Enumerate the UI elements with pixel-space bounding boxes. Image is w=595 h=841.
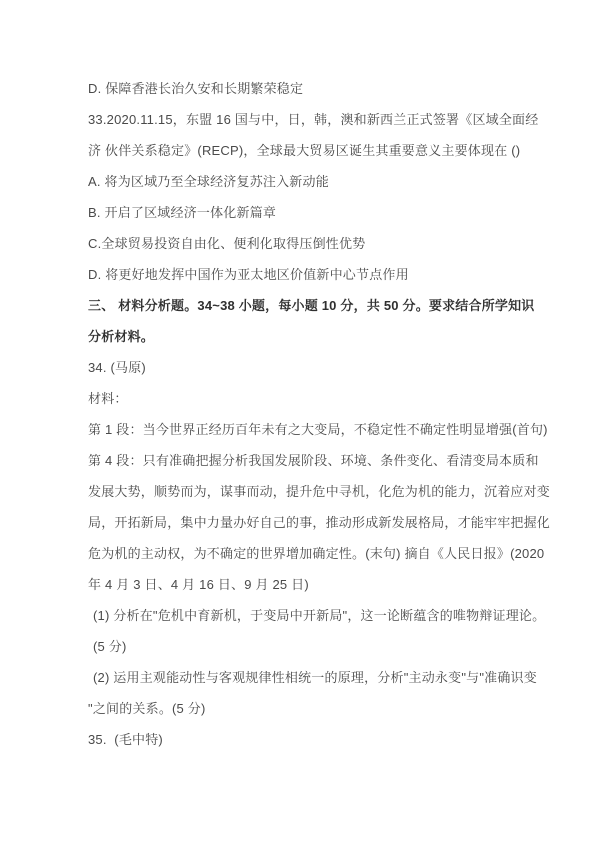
question-35-label: 35. (毛中特) [88,725,558,755]
material-paragraph-4-line-1: 第 4 段：只有准确把握分析我国发展阶段、环境、条件变化、看清变局本质和 [88,446,558,476]
section-3-header-line-2: 分析材料。 [88,322,558,352]
question-34-subquestion-2-line-2: "之间的关系。(5 分) [88,694,558,724]
question-33-stem-line-1: 33.2020.11.15，东盟 16 国与中，日，韩，澳和新西兰正式签署《区域… [88,105,558,135]
section-3-header-line-1: 三、 材料分析题。34~38 小题，每小题 10 分，共 50 分。要求结合所学… [88,291,558,321]
question-33-option-b: B. 开启了区域经济一体化新篇章 [88,198,558,228]
question-34-subquestion-2-line-1: (2) 运用主观能动性与客观规律性相统一的原理，分析"主动永变"与"准确识变 [88,663,558,693]
question-34-label: 34. (马原) [88,353,558,383]
material-paragraph-4-line-3: 局，开拓新局，集中力量办好自己的事，推动形成新发展格局，才能牢牢把握化 [88,508,558,538]
question-34-subquestion-1-score: (5 分) [88,632,558,662]
question-33-stem-line-2: 济 伙伴关系稳定》(RECP)，全球最大贸易区诞生其重要意义主要体现在 () [88,136,558,166]
question-33-option-d: D. 将更好地发挥中国作为亚太地区价值新中心节点作用 [88,260,558,290]
document-body: D. 保障香港长治久安和长期繁荣稳定 33.2020.11.15，东盟 16 国… [88,74,558,756]
material-paragraph-4-line-4: 危为机的主动权，为不确定的世界增加确定性。(末句) 摘自《人民日报》(2020 [88,539,558,569]
question-32-option-d: D. 保障香港长治久安和长期繁荣稳定 [88,74,558,104]
material-paragraph-4-line-2: 发展大势，顺势而为，谋事而动，提升危中寻机，化危为机的能力，沉着应对变 [88,477,558,507]
question-33-option-a: A. 将为区域乃至全球经济复苏注入新动能 [88,167,558,197]
question-33-option-c: C.全球贸易投资自由化、便利化取得压倒性优势 [88,229,558,259]
document-page: D. 保障香港长治久安和长期繁荣稳定 33.2020.11.15，东盟 16 国… [0,0,595,841]
material-paragraph-4-line-5: 年 4 月 3 日、4 月 16 日、9 月 25 日) [88,570,558,600]
question-34-subquestion-1: (1) 分析在"危机中育新机，于变局中开新局"，这一论断蕴含的唯物辩证理论。 [88,601,558,631]
material-paragraph-1: 第 1 段：当今世界正经历百年未有之大变局，不稳定性不确定性明显增强(首句) [88,415,558,445]
material-label: 材料： [88,384,558,414]
